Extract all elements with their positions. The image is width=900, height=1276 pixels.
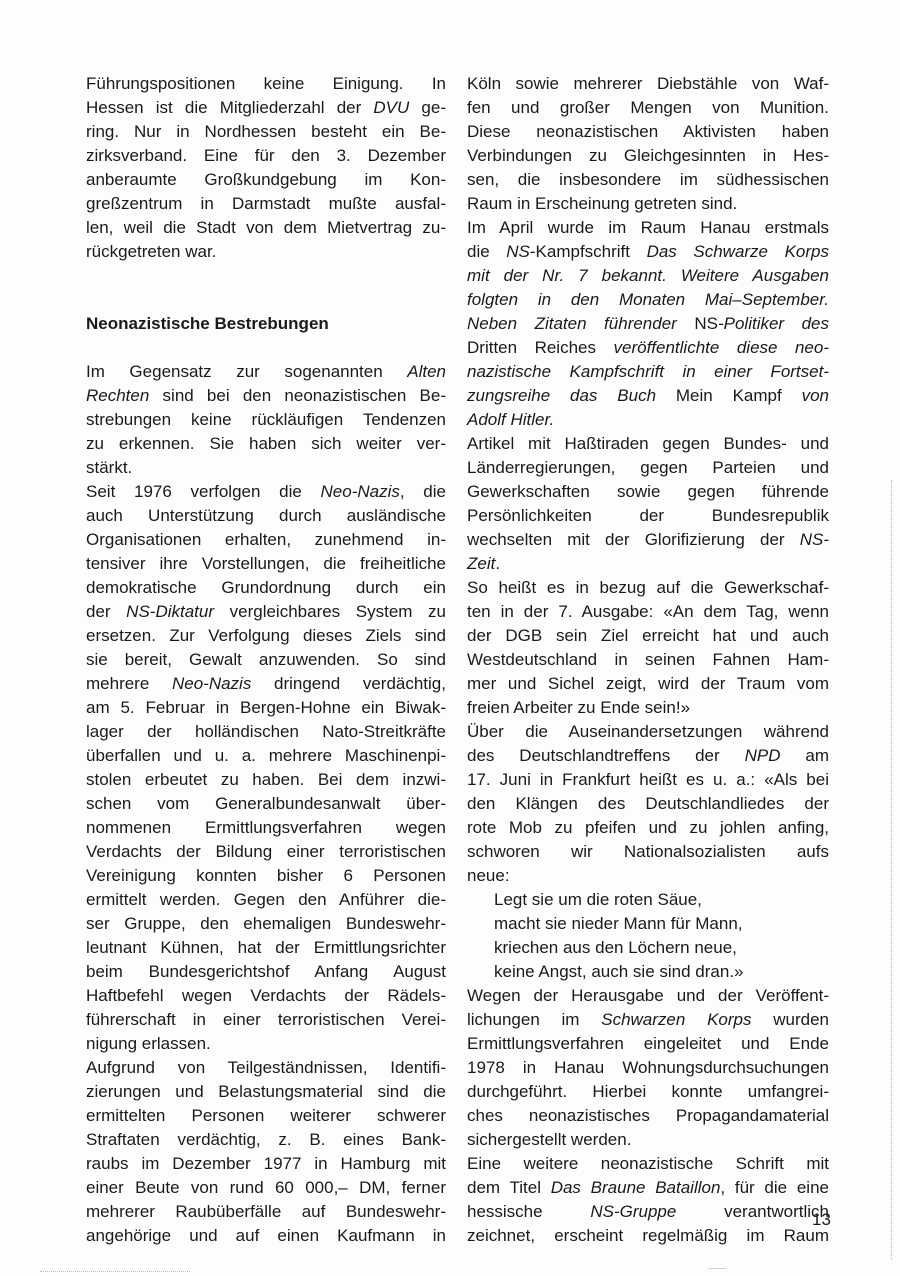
text-line: Verbindungen zu Gleichgesinnten in Hes-	[467, 144, 829, 168]
text-line: len, weil die Stadt von dem Mietvertrag …	[86, 216, 446, 240]
text-line: hessische NS-Gruppe verantwortlich	[467, 1200, 829, 1224]
scan-edge-artifact	[891, 480, 893, 1260]
scan-bottom-artifact	[708, 1268, 726, 1269]
text-line: Länderregierungen, gegen Parteien und	[467, 456, 829, 480]
text-line: der NS-Diktatur vergleichbares System zu	[86, 600, 446, 624]
text-line: ermittelten Personen weiterer schwerer	[86, 1104, 446, 1128]
text-line: zeichnet, erscheint regelmäßig im Raum	[467, 1224, 829, 1248]
text-line: Ermittlungsverfahren eingeleitet und End…	[467, 1032, 829, 1056]
verse-line: kriechen aus den Löchern neue,	[467, 936, 829, 960]
text-line: Dritten Reiches veröffentlichte diese ne…	[467, 336, 829, 360]
text-line: lichungen im Schwarzen Korps wurden	[467, 1008, 829, 1032]
document-page: Führungspositionen keine Einigung. InHes…	[0, 0, 900, 1276]
paragraph: Führungspositionen keine Einigung. InHes…	[86, 72, 446, 264]
page-number: 13	[812, 1210, 831, 1230]
text-line: ten in der 7. Ausgabe: «An dem Tag, wenn	[467, 600, 829, 624]
text-line: Gewerkschaften sowie gegen führende	[467, 480, 829, 504]
text-line: Hessen ist die Mitgliederzahl der DVU ge…	[86, 96, 446, 120]
text-line: führerschaft in einer terroristischen Ve…	[86, 1008, 446, 1032]
text-line: angehörige und auf einen Kaufmann in	[86, 1224, 446, 1248]
text-line: mit der Nr. 7 bekannt. Weitere Ausgaben	[467, 264, 829, 288]
text-line: ersetzen. Zur Verfolgung dieses Ziels si…	[86, 624, 446, 648]
text-line: sie bereit, Gewalt anzuwenden. So sind	[86, 648, 446, 672]
text-line: nigung erlassen.	[86, 1032, 446, 1056]
text-line: schen vom Generalbundesanwalt über-	[86, 792, 446, 816]
text-line: am 5. Februar in Bergen-Hohne ein Biwak-	[86, 696, 446, 720]
paragraph: Im April wurde im Raum Hanau erstmalsdie…	[467, 216, 829, 432]
section-heading: Neonazistische Bestrebungen	[86, 312, 446, 336]
text-line: nazistische Kampfschrift in einer Fortse…	[467, 360, 829, 384]
text-line: Im Gegensatz zur sogenannten Alten	[86, 360, 446, 384]
text-line: 17. Juni in Frankfurt heißt es u. a.: «A…	[467, 768, 829, 792]
paragraph: Im Gegensatz zur sogenannten AltenRechte…	[86, 360, 446, 480]
paragraph: Über die Auseinandersetzungen währenddes…	[467, 720, 829, 888]
verse-line: macht sie nieder Mann für Mann,	[467, 912, 829, 936]
text-line: des Deutschlandtreffens der NPD am	[467, 744, 829, 768]
text-line: durchgeführt. Hierbei konnte umfangrei-	[467, 1080, 829, 1104]
text-line: Westdeutschland in seinen Fahnen Ham-	[467, 648, 829, 672]
scan-bottom-artifact	[40, 1271, 190, 1272]
text-line: Straftaten verdächtig, z. B. eines Bank-	[86, 1128, 446, 1152]
left-column: Führungspositionen keine Einigung. InHes…	[86, 72, 446, 1248]
text-line: stärkt.	[86, 456, 446, 480]
text-line: Vereinigung konnten bisher 6 Personen	[86, 864, 446, 888]
text-line: ches neonazistisches Propagandamaterial	[467, 1104, 829, 1128]
text-line: Köln sowie mehrerer Diebstähle von Waf-	[467, 72, 829, 96]
text-line: Über die Auseinandersetzungen während	[467, 720, 829, 744]
text-line: Persönlichkeiten der Bundesrepublik	[467, 504, 829, 528]
text-line: Verdachts der Bildung einer terroristisc…	[86, 840, 446, 864]
verse-line: keine Angst, auch sie sind dran.»	[467, 960, 829, 984]
text-line: Seit 1976 verfolgen die Neo-Nazis, die	[86, 480, 446, 504]
paragraph: So heißt es in bezug auf die Gewerkschaf…	[467, 576, 829, 720]
text-line: Artikel mit Haßtiraden gegen Bundes- und	[467, 432, 829, 456]
text-line: dem Titel Das Braune Bataillon, für die …	[467, 1176, 829, 1200]
text-line: leutnant Kühnen, hat der Ermittlungsrich…	[86, 936, 446, 960]
text-line: Diese neonazistischen Aktivisten haben	[467, 120, 829, 144]
text-line: lager der holländischen Nato-Streitkräft…	[86, 720, 446, 744]
paragraph: Artikel mit Haßtiraden gegen Bundes- und…	[467, 432, 829, 576]
text-line: zu erkennen. Sie haben sich weiter ver-	[86, 432, 446, 456]
text-line: die NS-Kampfschrift Das Schwarze Korps	[467, 240, 829, 264]
text-line: mehrere Neo-Nazis dringend verdächtig,	[86, 672, 446, 696]
text-line: strebungen keine rückläufigen Tendenzen	[86, 408, 446, 432]
text-line: zirksverband. Eine für den 3. Dezember	[86, 144, 446, 168]
text-line: rote Mob zu pfeifen und zu johlen anfing…	[467, 816, 829, 840]
text-line: auch Unterstützung durch ausländische	[86, 504, 446, 528]
text-line: Wegen der Herausgabe und der Veröffent-	[467, 984, 829, 1008]
text-line: ermittelt werden. Gegen den Anführer die…	[86, 888, 446, 912]
text-line: mehrerer Raubüberfälle auf Bundeswehr-	[86, 1200, 446, 1224]
text-line: Organisationen erhalten, zunehmend in-	[86, 528, 446, 552]
text-line: zierungen und Belastungsmaterial sind di…	[86, 1080, 446, 1104]
text-line: rückgetreten war.	[86, 240, 446, 264]
paragraph: Aufgrund von Teilgeständnissen, Identifi…	[86, 1056, 446, 1248]
text-line: Zeit.	[467, 552, 829, 576]
text-line: Rechten sind bei den neonazistischen Be-	[86, 384, 446, 408]
text-line: fen und großer Mengen von Munition.	[467, 96, 829, 120]
text-line: Haftbefehl wegen Verdachts der Rädels-	[86, 984, 446, 1008]
text-line: Im April wurde im Raum Hanau erstmals	[467, 216, 829, 240]
verse-line: Legt sie um die roten Säue,	[467, 888, 829, 912]
text-line: Eine weitere neonazistische Schrift mit	[467, 1152, 829, 1176]
text-line: 1978 in Hanau Wohnungsdurchsuchungen	[467, 1056, 829, 1080]
text-line: Adolf Hitler.	[467, 408, 829, 432]
text-line: schworen wir Nationalsozialisten aufs	[467, 840, 829, 864]
text-line: greßzentrum in Darmstadt mußte ausfal-	[86, 192, 446, 216]
paragraph: Seit 1976 verfolgen die Neo-Nazis, dieau…	[86, 480, 446, 1056]
text-line: Neben Zitaten führender NS-Politiker des	[467, 312, 829, 336]
paragraph: Wegen der Herausgabe und der Veröffent-l…	[467, 984, 829, 1152]
text-line: nommenen Ermittlungsverfahren wegen	[86, 816, 446, 840]
paragraph: Köln sowie mehrerer Diebstähle von Waf-f…	[467, 72, 829, 216]
text-line: überfallen und u. a. mehrere Maschinenpi…	[86, 744, 446, 768]
verse-quote: Legt sie um die roten Säue,macht sie nie…	[467, 888, 829, 984]
text-line: anberaumte Großkundgebung im Kon-	[86, 168, 446, 192]
paragraph: Eine weitere neonazistische Schrift mitd…	[467, 1152, 829, 1248]
text-line: Raum in Erscheinung getreten sind.	[467, 192, 829, 216]
text-line: sen, die insbesondere im südhessischen	[467, 168, 829, 192]
text-line: beim Bundesgerichtshof Anfang August	[86, 960, 446, 984]
text-line: den Klängen des Deutschlandliedes der	[467, 792, 829, 816]
text-line: mer und Sichel zeigt, wird der Traum vom	[467, 672, 829, 696]
text-line: demokratische Grundordnung durch ein	[86, 576, 446, 600]
text-line: Aufgrund von Teilgeständnissen, Identifi…	[86, 1056, 446, 1080]
text-line: neue:	[467, 864, 829, 888]
text-line: tensiver ihre Vorstellungen, die freihei…	[86, 552, 446, 576]
right-column: Köln sowie mehrerer Diebstähle von Waf-f…	[467, 72, 829, 1248]
text-line: folgten in den Monaten Mai–September.	[467, 288, 829, 312]
text-line: sichergestellt werden.	[467, 1128, 829, 1152]
text-line: raubs im Dezember 1977 in Hamburg mit	[86, 1152, 446, 1176]
text-line: freien Arbeiter zu Ende sein!»	[467, 696, 829, 720]
text-line: einer Beute von rund 60 000,– DM, ferner	[86, 1176, 446, 1200]
text-line: ser Gruppe, den ehemaligen Bundeswehr-	[86, 912, 446, 936]
text-line: der DGB sein Ziel erreicht hat und auch	[467, 624, 829, 648]
text-line: So heißt es in bezug auf die Gewerkschaf…	[467, 576, 829, 600]
text-line: Führungspositionen keine Einigung. In	[86, 72, 446, 96]
text-line: zungsreihe das Buch Mein Kampf von	[467, 384, 829, 408]
text-line: stolen erbeutet zu haben. Bei dem inzwi-	[86, 768, 446, 792]
text-line: ring. Nur in Nordhessen besteht ein Be-	[86, 120, 446, 144]
text-line: wechselten mit der Glorifizierung der NS…	[467, 528, 829, 552]
